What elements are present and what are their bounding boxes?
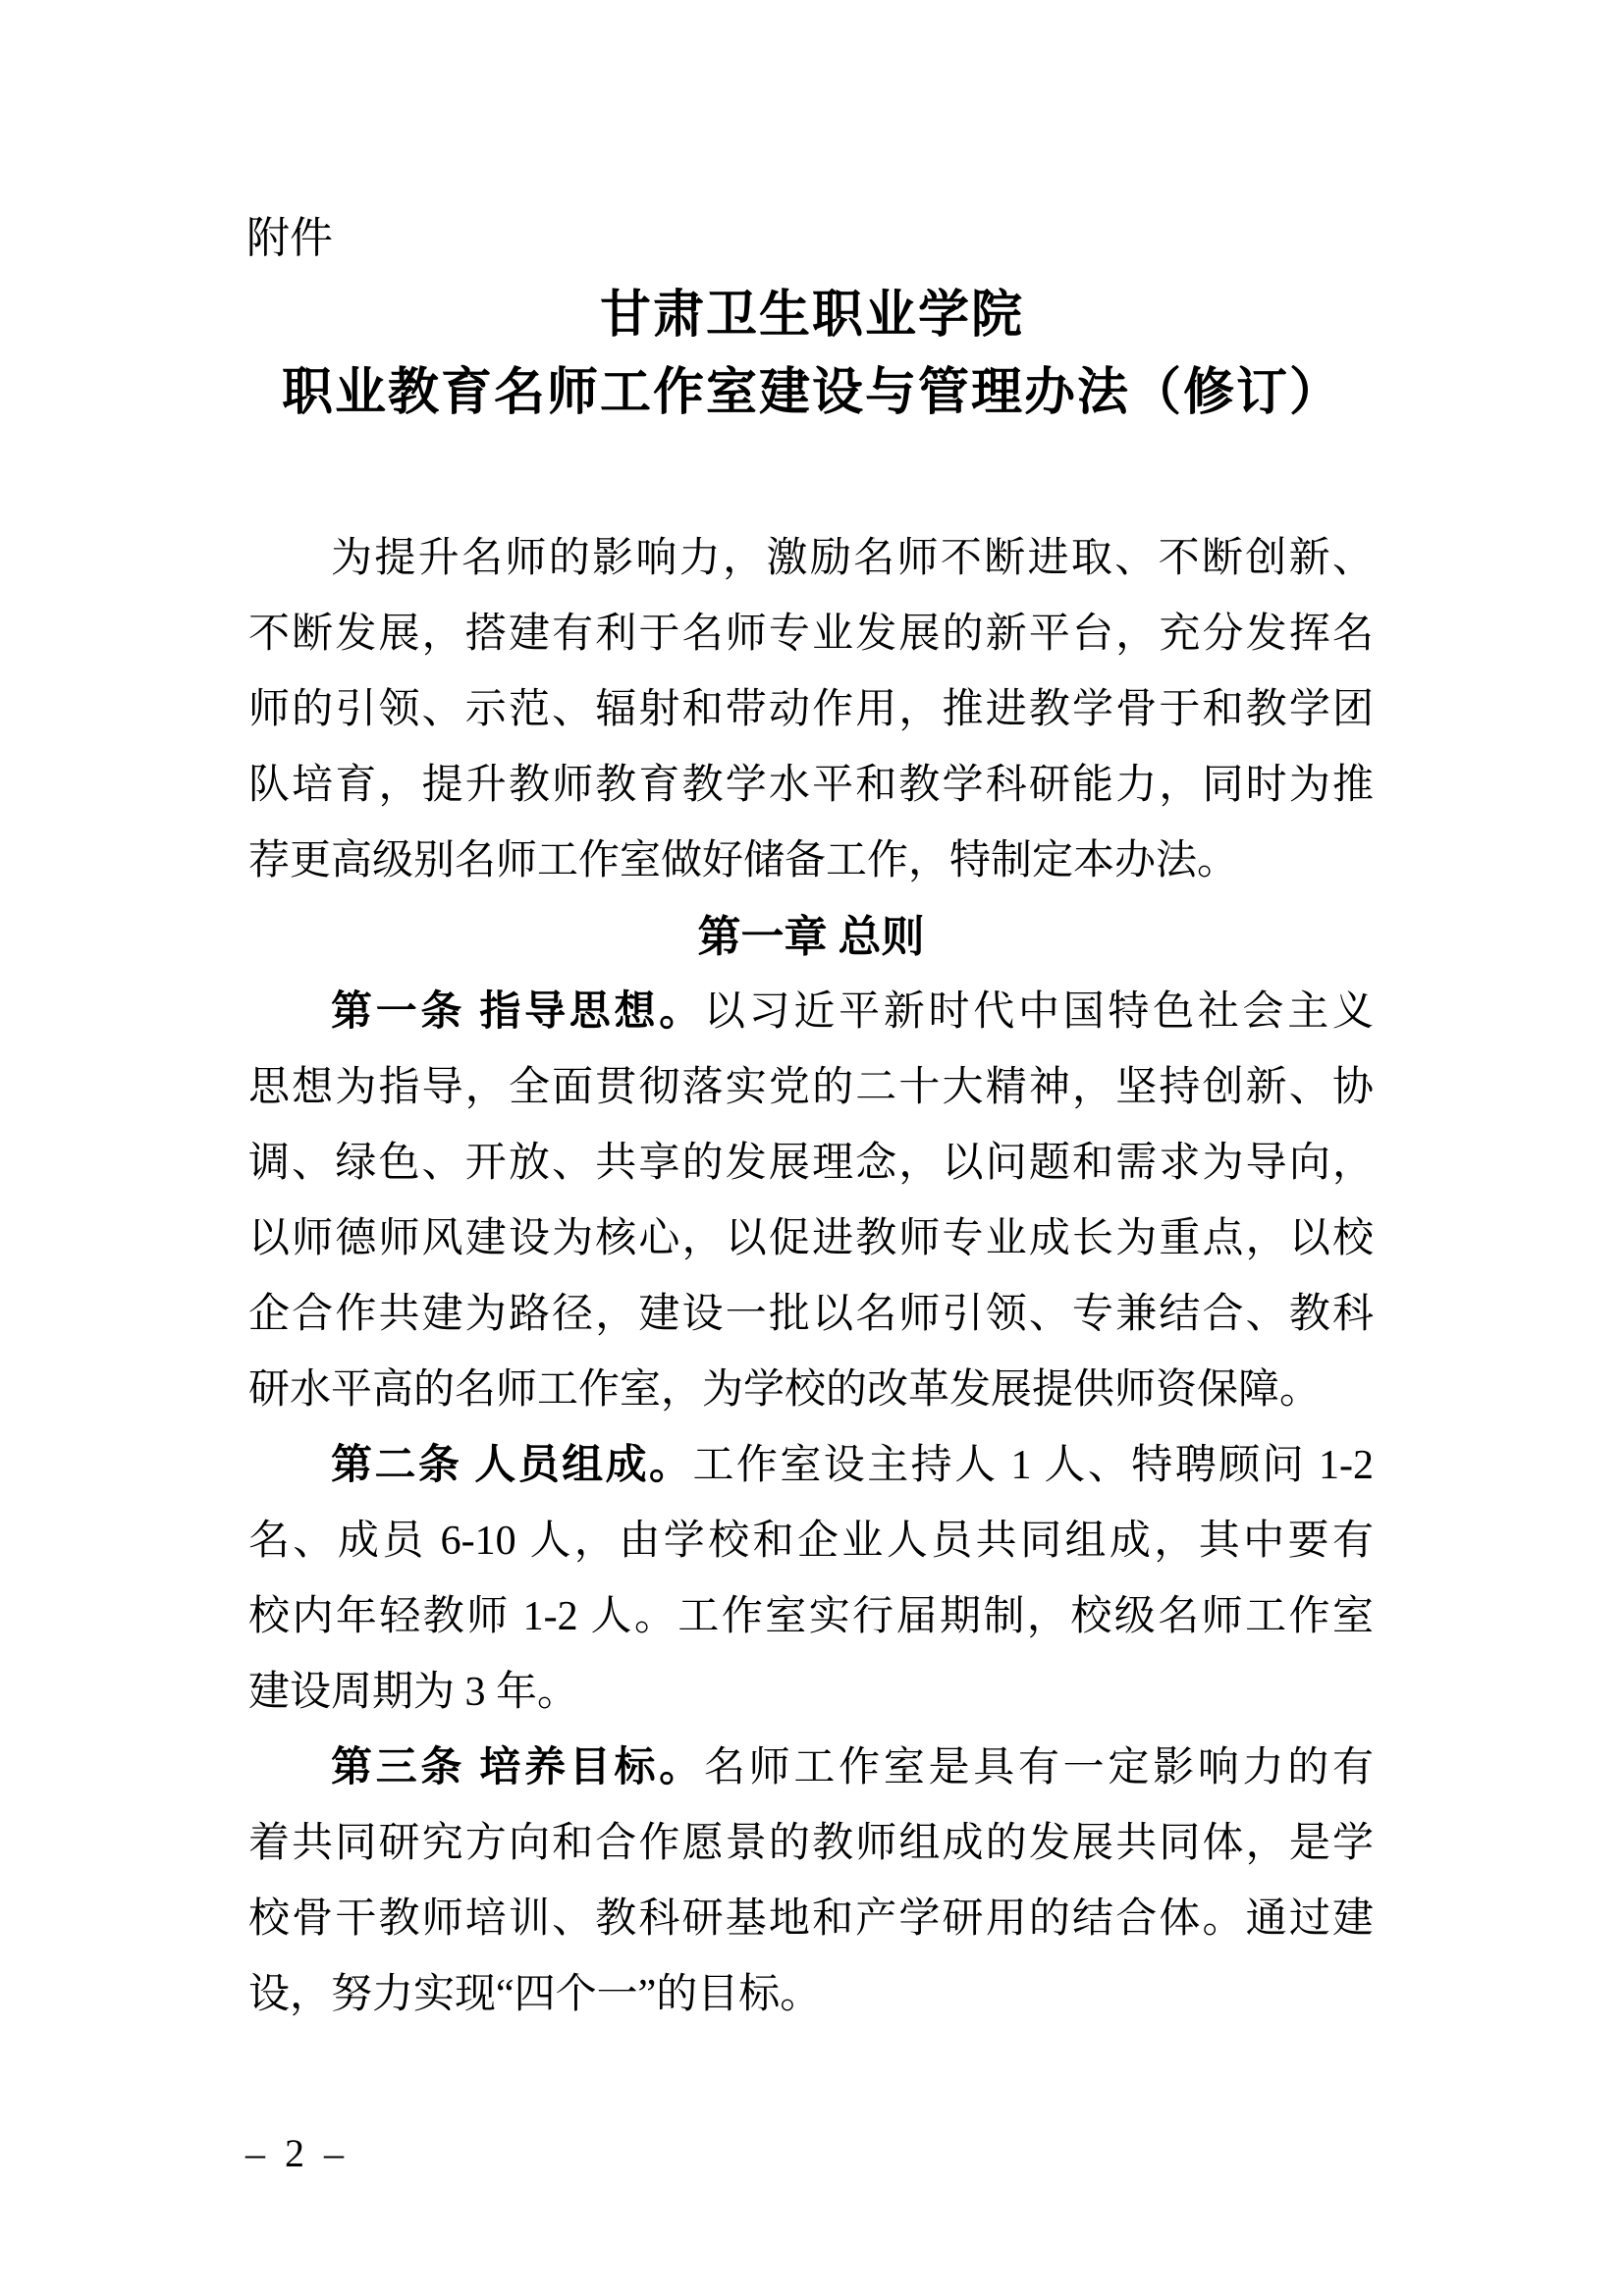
text-run: 队培育，提升教师教育教学水平和教学科研能力，同时为推 bbox=[248, 763, 1374, 808]
document-line: 第二条 人员组成。工作室设主持人 1 人、特聘顾问 1-2 bbox=[248, 1428, 1374, 1504]
text-run: 设，努力实现“四个一”的目标。 bbox=[248, 1972, 821, 2017]
bold-run: 第二条 人员组成。 bbox=[331, 1443, 692, 1488]
text-run: 校骨干教师培训、教科研基地和产学研用的结合体。通过建 bbox=[248, 1896, 1374, 1942]
document-line: 校内年轻教师 1-2 人。工作室实行届期制，校级名师工作室 bbox=[248, 1579, 1374, 1655]
text-run: 师的引领、示范、辐射和带动作用，推进教学骨于和教学团 bbox=[248, 687, 1374, 732]
attachment-label: 附件 bbox=[246, 214, 333, 263]
document-line: 队培育，提升教师教育教学水平和教学科研能力，同时为推 bbox=[248, 748, 1374, 824]
bold-run: 第三条 培养目标。 bbox=[331, 1745, 704, 1790]
document-page: 附件 甘肃卫生职业学院 职业教育名师工作室建设与管理办法（修订） 为提升名师的影… bbox=[0, 0, 1624, 2296]
text-run: 思想为指导，全面贯彻落实党的二十大精神，坚持创新、协 bbox=[248, 1065, 1374, 1110]
text-run: 名师工作室是具有一定影响力的有 bbox=[704, 1745, 1374, 1790]
document-line: 设，努力实现“四个一”的目标。 bbox=[248, 1957, 1374, 2033]
document-line: 师的引领、示范、辐射和带动作用，推进教学骨于和教学团 bbox=[248, 672, 1374, 748]
text-run: 荐更高级别名师工作室做好储备工作，特制定本办法。 bbox=[248, 838, 1238, 883]
document-line: 建设周期为 3 年。 bbox=[248, 1655, 1374, 1731]
document-line: 第一条 指导思想。以习近平新时代中国特色社会主义 bbox=[248, 975, 1374, 1050]
document-line: 企合作共建为路径，建设一批以名师引领、专兼结合、教科 bbox=[248, 1277, 1374, 1353]
document-line: 思想为指导，全面贯彻落实党的二十大精神，坚持创新、协 bbox=[248, 1050, 1374, 1126]
text-run: 为提升名师的影响力，激励名师不断进取、不断创新、 bbox=[331, 536, 1374, 581]
text-run: 建设周期为 3 年。 bbox=[248, 1670, 578, 1715]
chapter-heading: 第一章 总则 bbox=[248, 899, 1374, 975]
text-run: 着共同研究方向和合作愿景的教师组成的发展共同体，是学 bbox=[248, 1821, 1374, 1866]
title-line-2: 职业教育名师工作室建设与管理办法（修订） bbox=[0, 354, 1624, 432]
document-line: 名、成员 6-10 人，由学校和企业人员共同组成，其中要有 bbox=[248, 1504, 1374, 1579]
bold-run: 第一条 指导思想。 bbox=[331, 989, 704, 1035]
document-line: 荐更高级别名师工作室做好储备工作，特制定本办法。 bbox=[248, 824, 1374, 899]
text-run: 调、绿色、开放、共享的发展理念，以问题和需求为导向， bbox=[248, 1141, 1374, 1186]
text-run: 名、成员 6-10 人，由学校和企业人员共同组成，其中要有 bbox=[248, 1519, 1374, 1564]
text-run: 研水平高的名师工作室，为学校的改革发展提供师资保障。 bbox=[248, 1367, 1321, 1413]
page-number: – 2 – bbox=[245, 2130, 349, 2176]
text-run: 企合作共建为路径，建设一批以名师引领、专兼结合、教科 bbox=[248, 1292, 1374, 1337]
text-run: 校内年轻教师 1-2 人。工作室实行届期制，校级名师工作室 bbox=[248, 1594, 1374, 1639]
document-line: 调、绿色、开放、共享的发展理念，以问题和需求为导向， bbox=[248, 1126, 1374, 1201]
document-line: 着共同研究方向和合作愿景的教师组成的发展共同体，是学 bbox=[248, 1806, 1374, 1882]
text-run: 以师德师风建设为核心，以促进教师专业成长为重点，以校 bbox=[248, 1216, 1374, 1261]
title-line-1: 甘肃卫生职业学院 bbox=[0, 277, 1624, 354]
document-line: 第三条 培养目标。名师工作室是具有一定影响力的有 bbox=[248, 1731, 1374, 1806]
text-run: 以习近平新时代中国特色社会主义 bbox=[704, 989, 1374, 1035]
document-line: 为提升名师的影响力，激励名师不断进取、不断创新、 bbox=[248, 521, 1374, 597]
document-body: 为提升名师的影响力，激励名师不断进取、不断创新、不断发展，搭建有利于名师专业发展… bbox=[248, 521, 1374, 2033]
document-line: 研水平高的名师工作室，为学校的改革发展提供师资保障。 bbox=[248, 1353, 1374, 1428]
document-title: 甘肃卫生职业学院 职业教育名师工作室建设与管理办法（修订） bbox=[0, 277, 1624, 432]
document-line: 校骨干教师培训、教科研基地和产学研用的结合体。通过建 bbox=[248, 1882, 1374, 1957]
text-run: 工作室设主持人 1 人、特聘顾问 1-2 bbox=[692, 1443, 1374, 1488]
document-line: 以师德师风建设为核心，以促进教师专业成长为重点，以校 bbox=[248, 1201, 1374, 1277]
document-line: 不断发展，搭建有利于名师专业发展的新平台，充分发挥名 bbox=[248, 597, 1374, 672]
text-run: 不断发展，搭建有利于名师专业发展的新平台，充分发挥名 bbox=[248, 612, 1374, 657]
